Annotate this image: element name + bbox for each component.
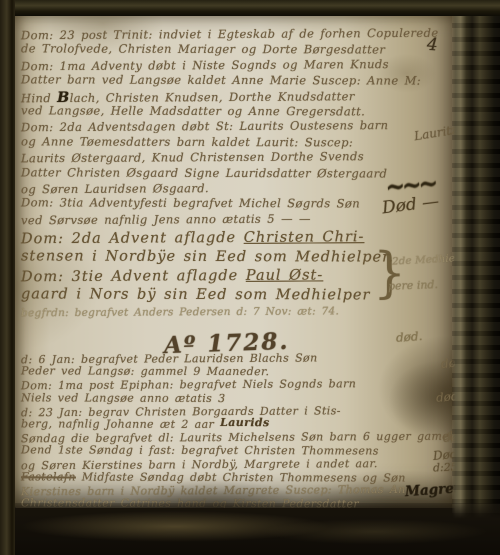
page-number: 4 xyxy=(426,35,438,56)
manuscript-line: begfrdn: begrafvet Anders Pedersen d: 7 … xyxy=(21,305,438,322)
margin-bracket: } xyxy=(373,242,406,305)
manuscript-line-segment: Laurids xyxy=(220,416,270,429)
manuscript-line-segment: Dom: 3tie Advent aflagde xyxy=(21,268,246,285)
manuscript-line: Datter barn ved Langsøe kaldet Anne Mari… xyxy=(21,73,438,90)
manuscript-line-segment: Christen Chri- xyxy=(244,229,365,246)
manuscript-line: Datter Christen Øsgaard Signe Lauridsdat… xyxy=(21,165,438,182)
manuscript-line: Hind Blach, Christen Knudsen, Dorthe Knu… xyxy=(21,87,438,105)
manuscript-line-segment: Paul Øst- xyxy=(246,267,323,283)
manuscript-line: Dend 1ste Søndag i fast: begrafvet Chris… xyxy=(21,444,438,458)
text-block-top: Dom: 23 post Trinit: indviet i Egteskab … xyxy=(21,27,438,227)
manuscript-line: Dom: 1ma post Epiphan: begrafvet Niels S… xyxy=(21,377,438,393)
manuscript-line: Laurits Østergaard, Knud Christensen Dor… xyxy=(21,149,438,167)
manuscript-photo: Dom: 23 post Trinit: indviet i Egteskab … xyxy=(0,0,500,555)
photo-frame-top xyxy=(0,0,500,16)
manuscript-line-segment: berg, nafnlig Johanne æt 2 aar xyxy=(21,417,220,431)
manuscript-line-segment: Fastelafn xyxy=(21,470,76,483)
manuscript-line: ved Sørvsøe nafnlig Jens anno ætatis 5 —… xyxy=(21,210,438,228)
manuscript-line-segment: Dom: 2da Advent aflagde xyxy=(21,230,244,247)
margin-note-death-2: død. xyxy=(396,329,423,345)
manuscript-line-segment: Midfaste Søndag døbt Christen Thommesens… xyxy=(76,470,406,484)
photo-frame-bottom xyxy=(0,503,500,555)
text-block-bottom: d: 6 Jan: begrafvet Peder Lauridsen Blac… xyxy=(21,352,438,508)
photo-frame-left xyxy=(0,0,15,555)
manuscript-line-segment: lach, Christen Knudsen, Dorthe Knudsdatt… xyxy=(70,89,355,105)
book-page-edges xyxy=(452,0,500,555)
manuscript-line: Dom: 2da Adventsdagen døbt St: Laurits O… xyxy=(21,118,438,136)
manuscript-line: de Trolofvede, Christen Mariager og Dort… xyxy=(21,42,438,59)
manuscript-line: Dom: 3tia Adventyfesti begrafvet Michel … xyxy=(21,196,438,213)
margin-note-medhielpere-2: pere ind. xyxy=(388,278,438,293)
